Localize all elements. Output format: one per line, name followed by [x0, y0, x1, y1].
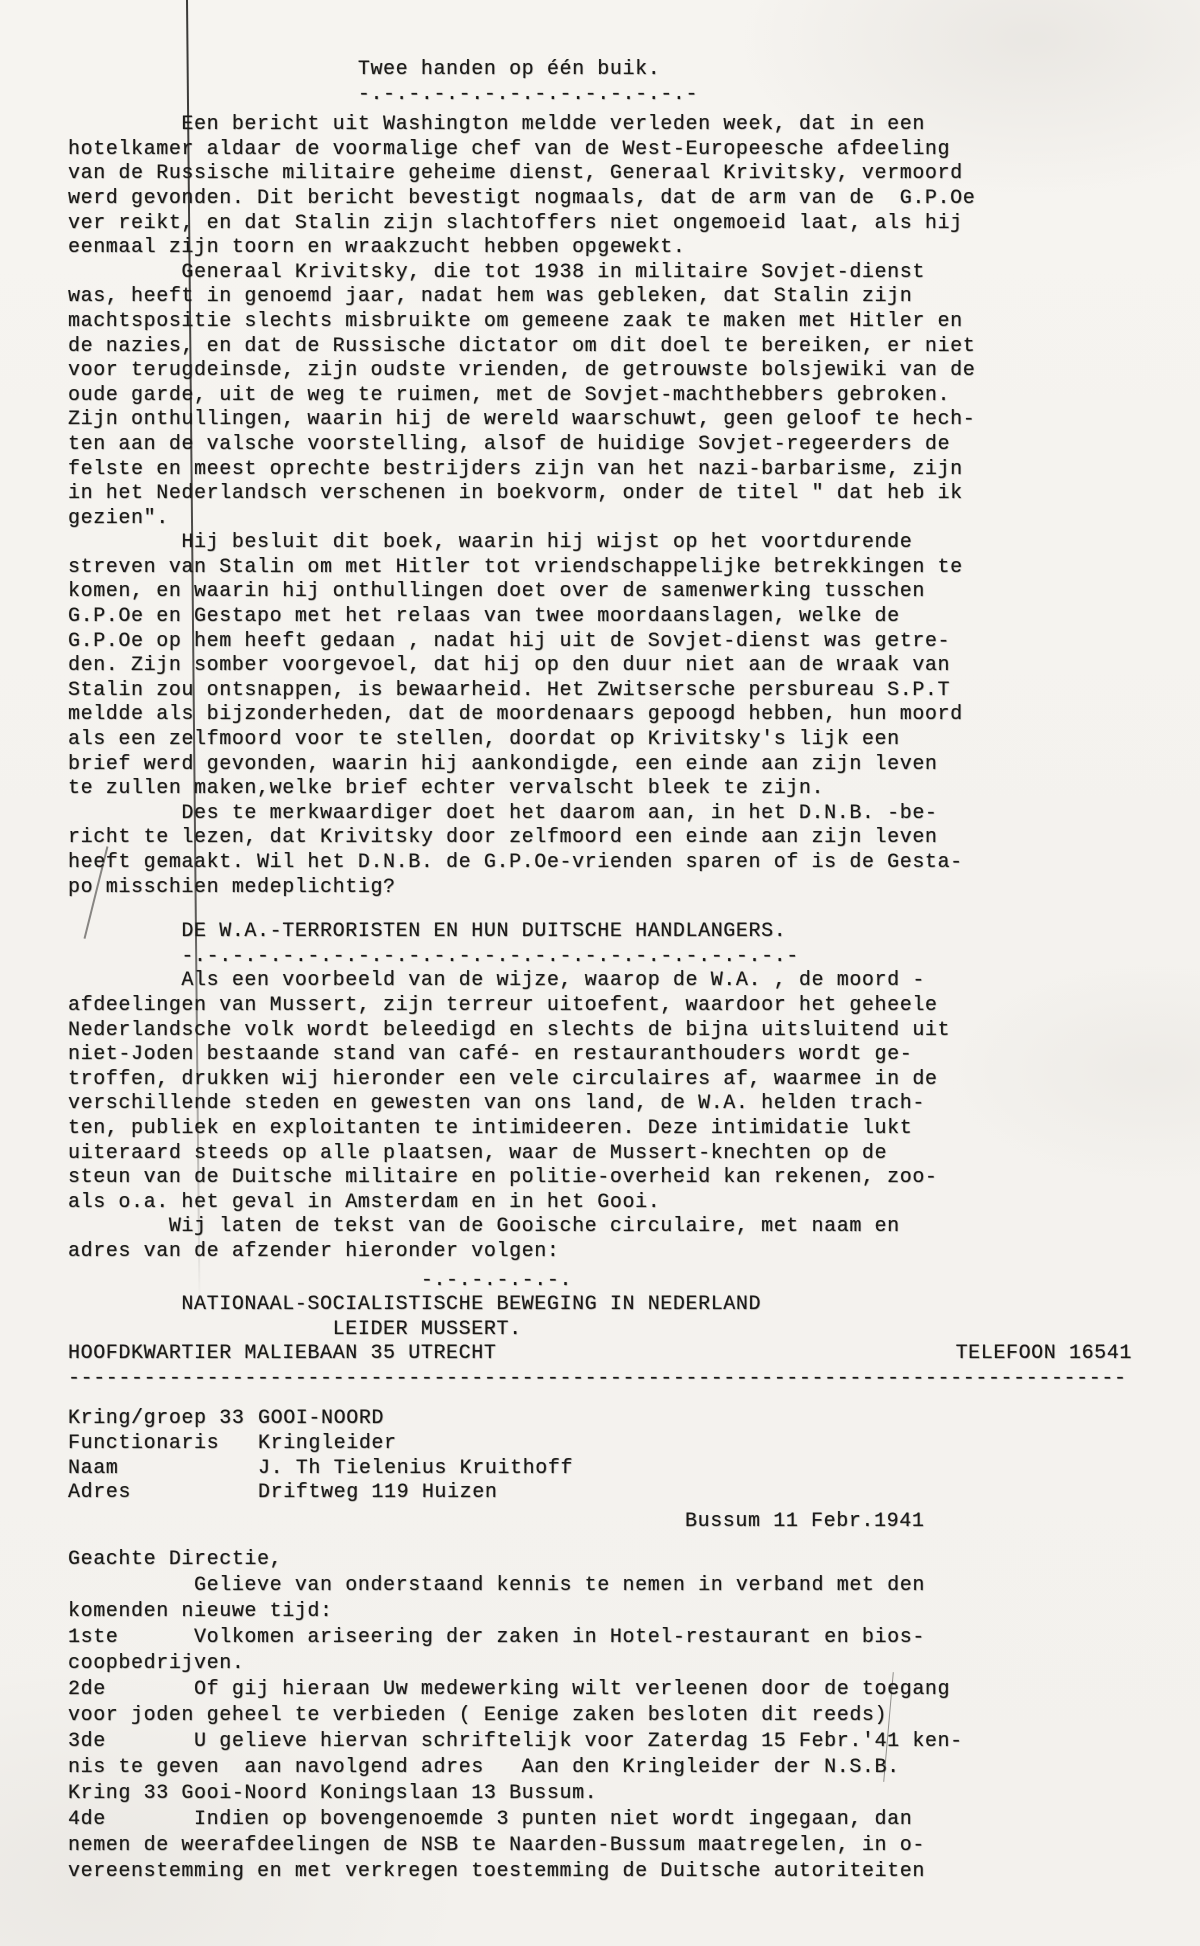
form-row-naam: Naam J. Th Tielenius Kruithoff [68, 1457, 1132, 1482]
wa-section-heading: DE W.A.-TERRORISTEN EN HUN DUITSCHE HAND… [68, 920, 1132, 945]
form-label: Naam [68, 1457, 258, 1482]
krivitsky-paragraph-4: Des te merkwaardiger doet het daarom aan… [68, 802, 1132, 900]
form-row-adres: Adres Driftweg 119 Huizen [68, 1481, 1132, 1506]
salutation: Geachte Directie, [68, 1548, 1132, 1573]
wa-paragraph-1: Als een voorbeeld van de wijze, waarop d… [68, 969, 1132, 1215]
form-row-kring: Kring/groep 33 GOOI-NOORD [68, 1407, 1132, 1432]
nsb-org-name: NATIONAAL-SOCIALISTISCHE BEWEGING IN NED… [68, 1293, 1132, 1318]
letter-body: Gelieve van onderstaand kennis te nemen … [68, 1573, 1132, 1885]
hq-address: HOOFDKWARTIER MALIEBAAN 35 UTRECHT [68, 1342, 496, 1367]
page-title-underline: -.-.-.-.-.-.-.-.-.-.-.-.-.- [68, 83, 1132, 108]
dashed-separator: ----------------------------------------… [68, 1367, 1132, 1392]
wa-section-heading-underline: -.-.-.-.-.-.-.-.-.-.-.-.-.-.-.-.-.-.-.-.… [68, 945, 1132, 970]
scanned-document-page: Twee handen op één buik. -.-.-.-.-.-.-.-… [0, 0, 1200, 1946]
form-value: J. Th Tielenius Kruithoff [258, 1457, 573, 1482]
form-value: GOOI-NOORD [258, 1407, 384, 1432]
form-row-functionaris: Functionaris Kringleider [68, 1432, 1132, 1457]
hq-row: HOOFDKWARTIER MALIEBAAN 35 UTRECHT TELEF… [68, 1342, 1132, 1367]
date-line: Bussum 11 Febr.1941 [685, 1510, 1132, 1535]
krivitsky-paragraph-2: Generaal Krivitsky, die tot 1938 in mili… [68, 261, 1132, 532]
wa-paragraph-2: Wij laten de tekst van de Gooische circu… [68, 1215, 1132, 1264]
circular-form: Kring/groep 33 GOOI-NOORD Functionaris K… [68, 1407, 1132, 1505]
page-title: Twee handen op één buik. [68, 58, 1132, 83]
krivitsky-paragraph-3: Hij besluit dit boek, waarin hij wijst o… [68, 531, 1132, 802]
form-value: Kringleider [258, 1432, 397, 1457]
nsb-leader-line: LEIDER MUSSERT. [68, 1318, 1132, 1343]
form-value: Driftweg 119 Huizen [258, 1481, 497, 1506]
section-divider: -.-.-.-.-.-. [68, 1269, 1132, 1294]
form-label: Adres [68, 1481, 258, 1506]
form-label: Functionaris [68, 1432, 258, 1457]
typed-text-column: Twee handen op één buik. -.-.-.-.-.-.-.-… [68, 58, 1132, 1885]
hq-phone: TELEFOON 16541 [956, 1342, 1132, 1367]
krivitsky-paragraph-1: Een bericht uit Washington meldde verled… [68, 113, 1132, 261]
form-label: Kring/groep 33 [68, 1407, 258, 1432]
